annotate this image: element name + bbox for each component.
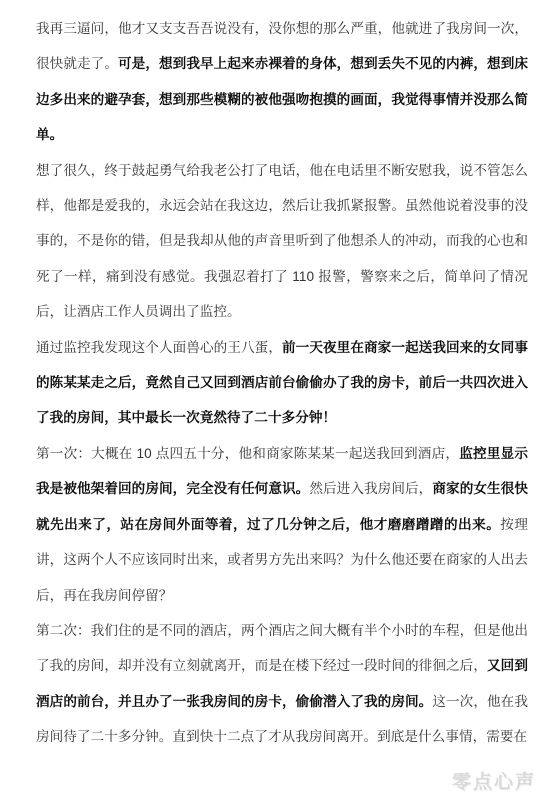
body-text: 想了很久，终于鼓起勇气给我老公打了电话，他在电话里不断安慰我，说不管怎么样，他都… [36,163,528,320]
body-text: 然后进入我房间后， [309,481,432,496]
watermark: 零点心声 [452,767,536,794]
body-text: 第一次：大概在 10 点四五十分，他和商家陈某某一起送我回到酒店， [36,446,459,461]
body-text: 第二次：我们住的是不同的酒店，两个酒店之间大概有半个小时的车程，但是他出了我的房… [36,623,528,673]
paragraph: 第一次：大概在 10 点四五十分，他和商家陈某某一起送我回到酒店，监控里显示我是… [36,436,528,613]
paragraph: 第二次：我们住的是不同的酒店，两个酒店之间大概有半个小时的车程，但是他出了我的房… [36,613,528,755]
body-text: 通过监控我发现这个人面兽心的王八蛋， [36,340,282,355]
paragraph: 通过监控我发现这个人面兽心的王八蛋，前一天夜里在商家一起送我回来的女同事的陈某某… [36,330,528,436]
paragraph: 我再三逼问，他才又支支吾吾说没有，没你想的那么严重，他就进了我房间一次，很快就走… [36,11,528,153]
article-body: 我再三逼问，他才又支支吾吾说没有，没你想的那么严重，他就进了我房间一次，很快就走… [0,0,544,755]
paragraph: 想了很久，终于鼓起勇气给我老公打了电话，他在电话里不断安慰我，说不管怎么样，他都… [36,153,528,330]
